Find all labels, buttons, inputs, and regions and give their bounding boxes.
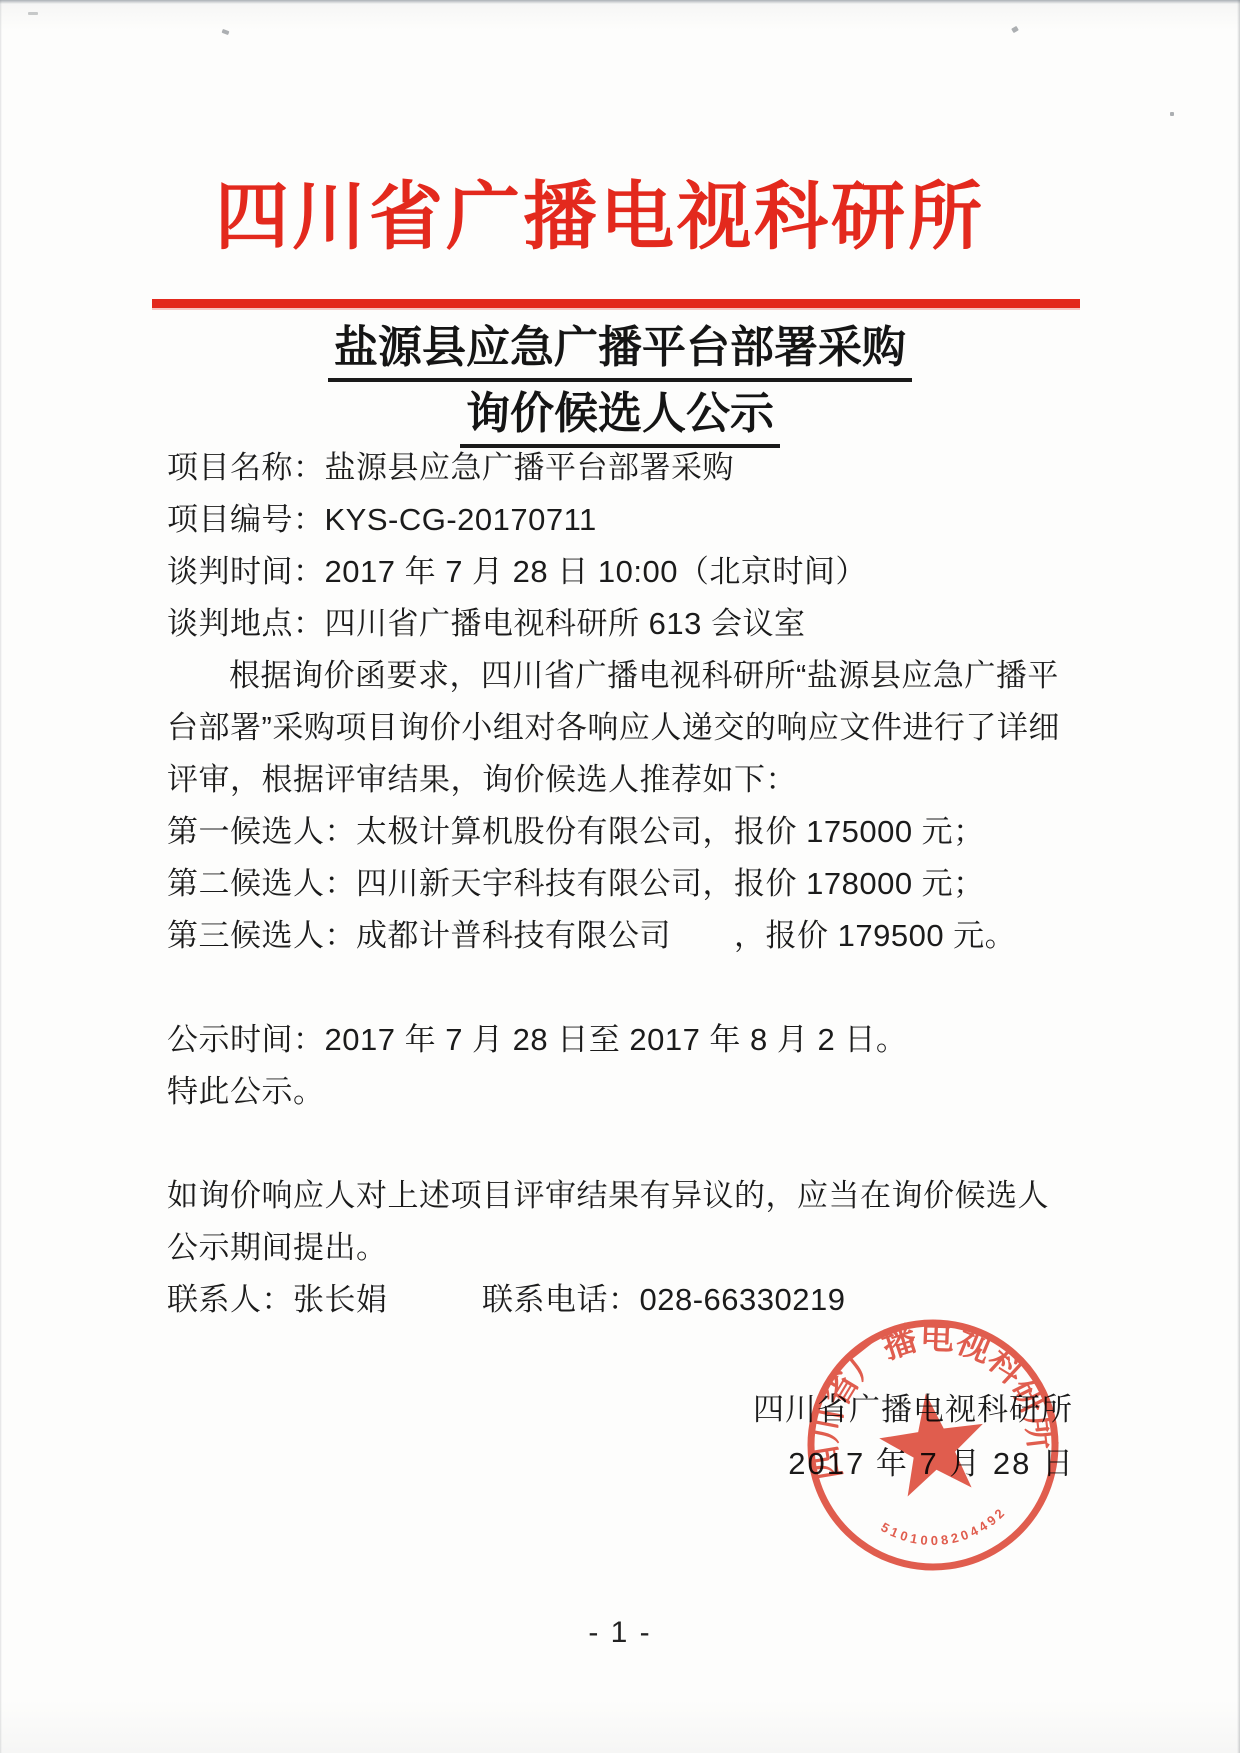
- body-line-negotiation-place: 谈判地点：四川省广播电视科研所 613 会议室: [167, 598, 1082, 650]
- body-line-objection-2: 公示期间提出。: [167, 1222, 1082, 1274]
- official-seal-stamp: 四川省广播电视科研所 5101008204492: [781, 1293, 1086, 1598]
- body-line-hereby: 特此公示。: [167, 1066, 1082, 1118]
- scan-edge-left: [0, 0, 2, 1753]
- scan-speck: [1170, 112, 1174, 116]
- body-line-intro-2: 台部署”采购项目询价小组对各响应人递交的响应文件进行了详细: [167, 702, 1082, 754]
- body-line-negotiation-time: 谈判时间：2017 年 7 月 28 日 10:00（北京时间）: [167, 546, 1082, 598]
- letterhead-rule: [152, 299, 1080, 308]
- body-line-intro-3: 评审，根据评审结果，询价候选人推荐如下：: [167, 754, 1082, 806]
- body-line-blank: [167, 1118, 1082, 1170]
- stamp-star-icon: [874, 1386, 991, 1499]
- body-line-blank: [167, 962, 1082, 1014]
- scan-edge-top: [0, 0, 1240, 4]
- document-title-line2-text: 询价候选人公示: [460, 377, 780, 448]
- body-line-project-name: 项目名称：盐源县应急广播平台部署采购: [167, 442, 1082, 494]
- scan-speck: [222, 29, 230, 35]
- body-line-candidate-3: 第三候选人：成都计普科技有限公司 ，报价 179500 元。: [167, 910, 1082, 962]
- document-title-line1: 盐源县应急广播平台部署采购: [0, 311, 1240, 382]
- document-title-line2: 询价候选人公示: [0, 377, 1240, 448]
- body-line-project-number: 项目编号：KYS-CG-20170711: [167, 494, 1082, 546]
- body-line-objection-1: 如询价响应人对上述项目评审结果有异议的，应当在询价候选人: [167, 1170, 1082, 1222]
- scan-speck: [1011, 26, 1019, 33]
- document-title-line1-text: 盐源县应急广播平台部署采购: [328, 311, 912, 382]
- scanned-document-page: 四川省广播电视科研所 盐源县应急广播平台部署采购 询价候选人公示 项目名称：盐源…: [0, 0, 1240, 1753]
- body-line-intro-1: 根据询价函要求，四川省广播电视科研所“盐源县应急广播平: [167, 650, 1082, 702]
- scan-speck: [28, 12, 38, 15]
- document-body: 项目名称：盐源县应急广播平台部署采购 项目编号：KYS-CG-20170711 …: [167, 442, 1082, 1326]
- page-number: - 1 -: [0, 1616, 1240, 1650]
- letterhead-org-name: 四川省广播电视科研所: [120, 158, 1080, 264]
- body-line-candidate-2: 第二候选人：四川新天宇科技有限公司，报价 178000 元；: [167, 858, 1082, 910]
- body-line-candidate-1: 第一候选人：太极计算机股份有限公司，报价 175000 元；: [167, 806, 1082, 858]
- body-line-publicity-period: 公示时间：2017 年 7 月 28 日至 2017 年 8 月 2 日。: [167, 1014, 1082, 1066]
